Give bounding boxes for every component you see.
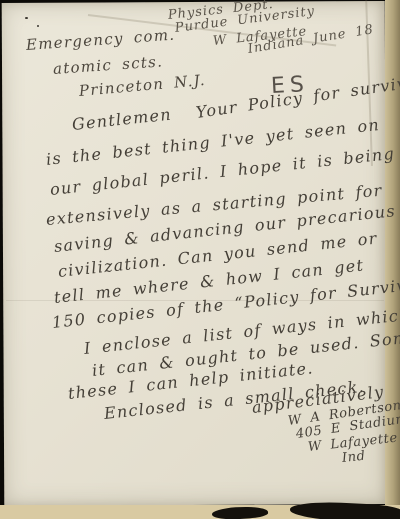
signature-line: Ind <box>341 449 366 466</box>
ink-speck <box>37 25 39 27</box>
scanned-letter: Physics Dept. Purdue University W Lafaye… <box>0 0 400 519</box>
ink-speck <box>25 17 28 19</box>
